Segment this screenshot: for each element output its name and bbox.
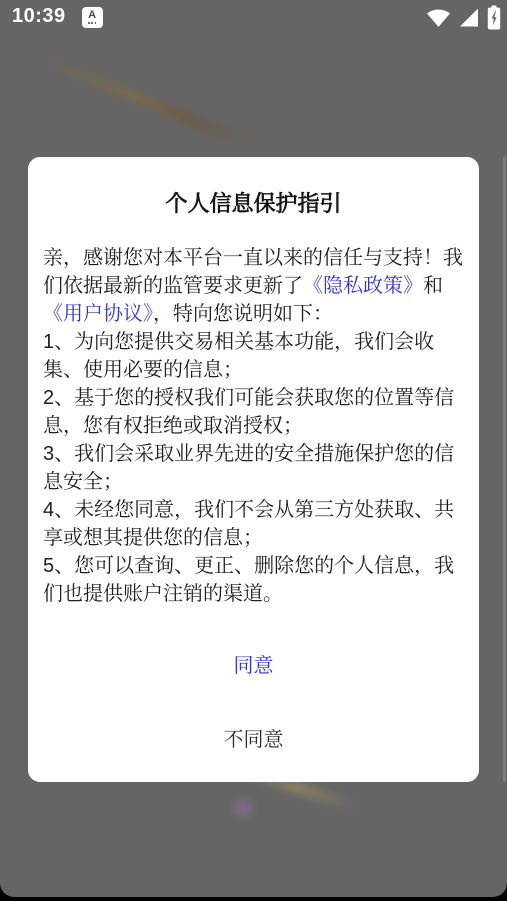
privacy-dialog: 个人信息保护指引 亲，感谢您对本平台一直以来的信任与支持！我们依据最新的监管要求… xyxy=(28,157,479,782)
agree-button[interactable]: 同意 xyxy=(43,649,464,678)
notification-icon-dots xyxy=(88,22,96,24)
background-streak xyxy=(37,53,254,148)
dialog-intro-text: ，特向您说明如下： xyxy=(153,303,333,325)
notification-icon-a: A xyxy=(82,7,103,28)
background-blob xyxy=(232,798,254,818)
dialog-item: 1、为向您提供交易相关基本功能，我们会收集、使用必要的信息； xyxy=(43,328,464,384)
dialog-item: 2、基于您的授权我们可能会获取您的位置等信息，您有权拒绝或取消授权； xyxy=(43,384,464,440)
dialog-items: 1、为向您提供交易相关基本功能，我们会收集、使用必要的信息；2、基于您的授权我们… xyxy=(43,328,464,608)
scrollbar[interactable] xyxy=(503,157,506,782)
disagree-button[interactable]: 不同意 xyxy=(43,723,464,752)
dialog-title: 个人信息保护指引 xyxy=(43,187,464,218)
screen: 10:39 A xyxy=(0,0,507,897)
signal-icon xyxy=(458,7,480,28)
dialog-intro: 亲，感谢您对本平台一直以来的信任与支持！我们依据最新的监管要求更新了《隐私政策》… xyxy=(43,247,463,325)
dialog-item: 3、我们会采取业界先进的安全措施保护您的信息安全； xyxy=(43,440,464,496)
status-bar: 10:39 A xyxy=(0,0,507,35)
status-time: 10:39 xyxy=(12,5,66,28)
dialog-item: 5、您可以查询、更正、删除您的个人信息，我们也提供账户注销的渠道。 xyxy=(43,552,464,608)
dialog-body: 亲，感谢您对本平台一直以来的信任与支持！我们依据最新的监管要求更新了《隐私政策》… xyxy=(43,244,464,608)
wifi-icon xyxy=(426,7,451,28)
battery-charging-icon xyxy=(487,5,501,30)
status-icons xyxy=(426,5,501,30)
dialog-item: 4、未经您同意，我们不会从第三方处获取、共享或想其提供您的信息； xyxy=(43,496,464,552)
notification-icon-letter: A xyxy=(88,10,96,21)
user-agreement-link[interactable]: 《用户协议》 xyxy=(43,303,153,325)
dialog-intro-text: 和 xyxy=(423,275,443,297)
privacy-policy-link[interactable]: 《隐私政策》 xyxy=(303,275,423,297)
